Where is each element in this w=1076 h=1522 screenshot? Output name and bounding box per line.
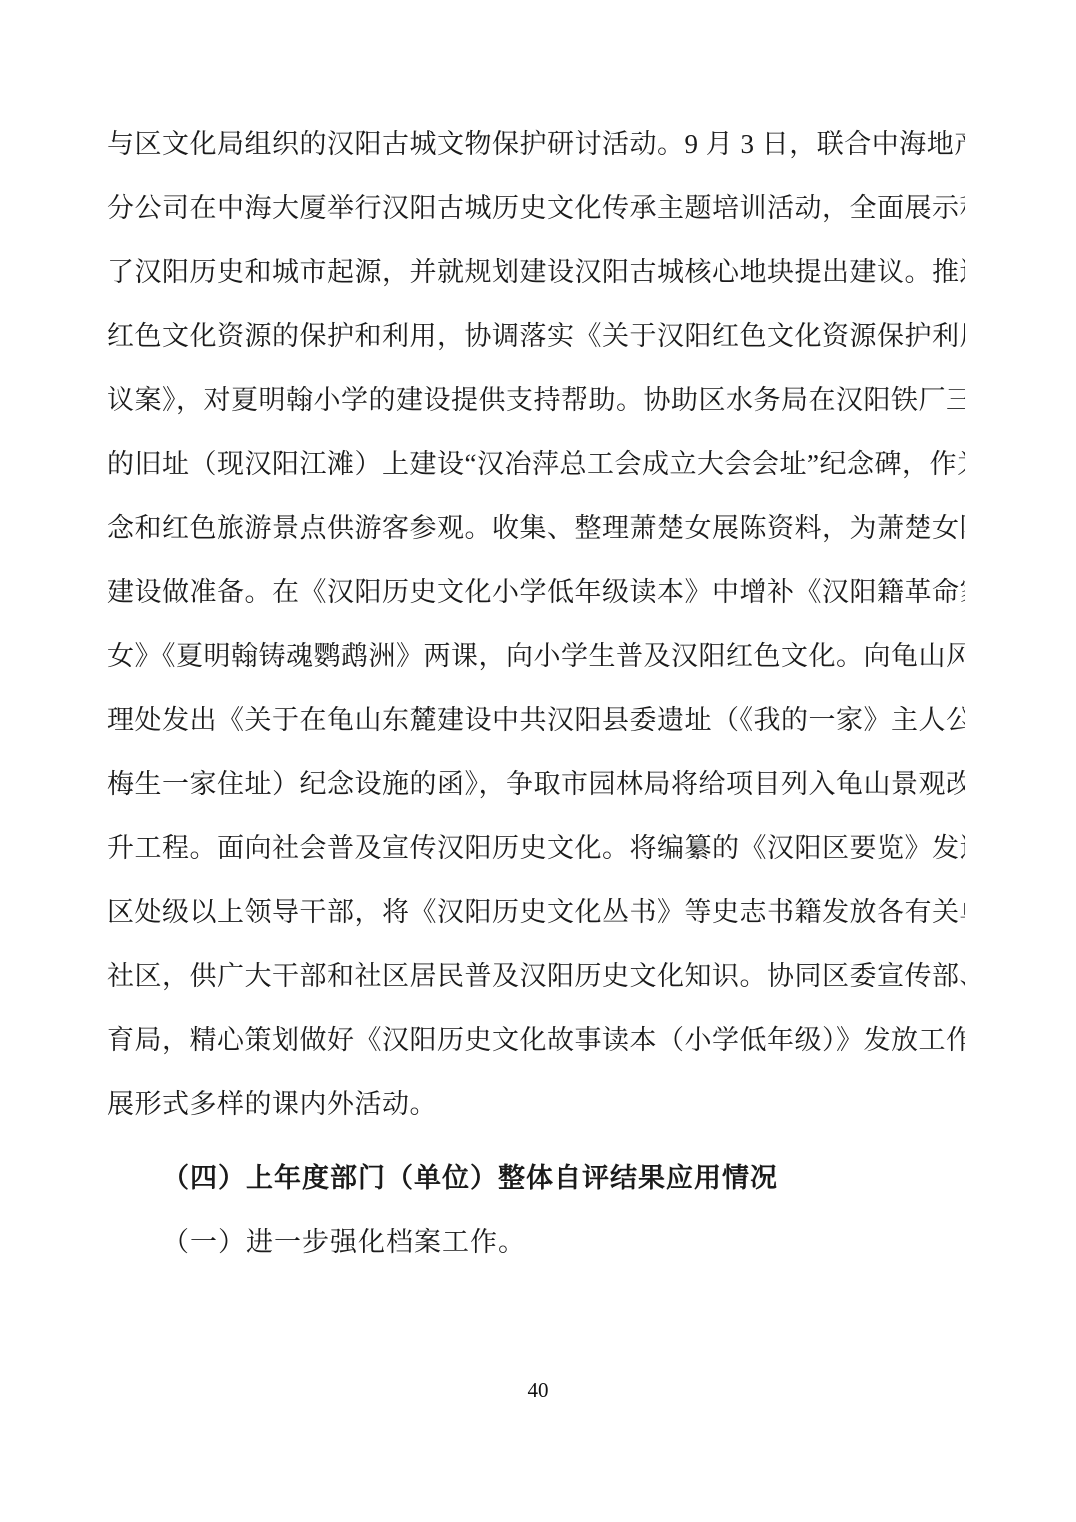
paragraph-line: 了汉阳历史和城市起源，并就规划建设汉阳古城核心地块提出建议。推进汉阳 bbox=[107, 240, 965, 304]
paragraph-line: 与区文化局组织的汉阳古城文物保护研讨活动。9 月 3 日，联合中海地产武汉 bbox=[107, 112, 965, 176]
paragraph-line: 议案》，对夏明翰小学的建设提供支持帮助。协助区水务局在汉阳铁厂三码头 bbox=[107, 368, 965, 432]
paragraph-line: 理处发出《关于在龟山东麓建设中共汉阳县委遗址（《我的一家》主人公欧阳 bbox=[107, 688, 965, 752]
sub-item-line: （一）进一步强化档案工作。 bbox=[107, 1210, 965, 1274]
document-page: 与区文化局组织的汉阳古城文物保护研讨活动。9 月 3 日，联合中海地产武汉分公司… bbox=[0, 0, 1076, 1522]
paragraph-line: 红色文化资源的保护和利用，协调落实《关于汉阳红色文化资源保护利用的建 bbox=[107, 304, 965, 368]
paragraph-line: 的旧址（现汉阳江滩）上建设“汉冶萍总工会成立大会会址”纪念碑，作为纪 bbox=[107, 432, 965, 496]
paragraph-line: 升工程。面向社会普及宣传汉阳历史文化。将编纂的《汉阳区要览》发送给全 bbox=[107, 816, 965, 880]
page-content: 与区文化局组织的汉阳古城文物保护研讨活动。9 月 3 日，联合中海地产武汉分公司… bbox=[107, 112, 965, 1274]
paragraph-line: 梅生一家住址）纪念设施的函》，争取市园林局将给项目列入龟山景观改造提 bbox=[107, 752, 965, 816]
page-number: 40 bbox=[0, 1376, 1076, 1404]
paragraph-line: 育局，精心策划做好《汉阳历史文化故事读本（小学低年级）》发放工作，开 bbox=[107, 1008, 965, 1072]
paragraph-line: 社区，供广大干部和社区居民普及汉阳历史文化知识。协同区委宣传部、区教 bbox=[107, 944, 965, 1008]
paragraph-line: 念和红色旅游景点供游客参观。收集、整理萧楚女展陈资料，为萧楚女陈列馆 bbox=[107, 496, 965, 560]
body-paragraph: 与区文化局组织的汉阳古城文物保护研讨活动。9 月 3 日，联合中海地产武汉分公司… bbox=[107, 112, 965, 1136]
section-heading: （四）上年度部门（单位）整体自评结果应用情况 bbox=[107, 1146, 965, 1210]
paragraph-line: 区处级以上领导干部，将《汉阳历史文化丛书》等史志书籍发放各有关单位、 bbox=[107, 880, 965, 944]
paragraph-line: 展形式多样的课内外活动。 bbox=[107, 1072, 965, 1136]
paragraph-line: 女》《夏明翰铸魂鹦鹉洲》两课，向小学生普及汉阳红色文化。向龟山风景管 bbox=[107, 624, 965, 688]
paragraph-line: 建设做准备。在《汉阳历史文化小学低年级读本》中增补《汉阳籍革命家萧楚 bbox=[107, 560, 965, 624]
paragraph-line: 分公司在中海大厦举行汉阳古城历史文化传承主题培训活动，全面展示和讲解 bbox=[107, 176, 965, 240]
